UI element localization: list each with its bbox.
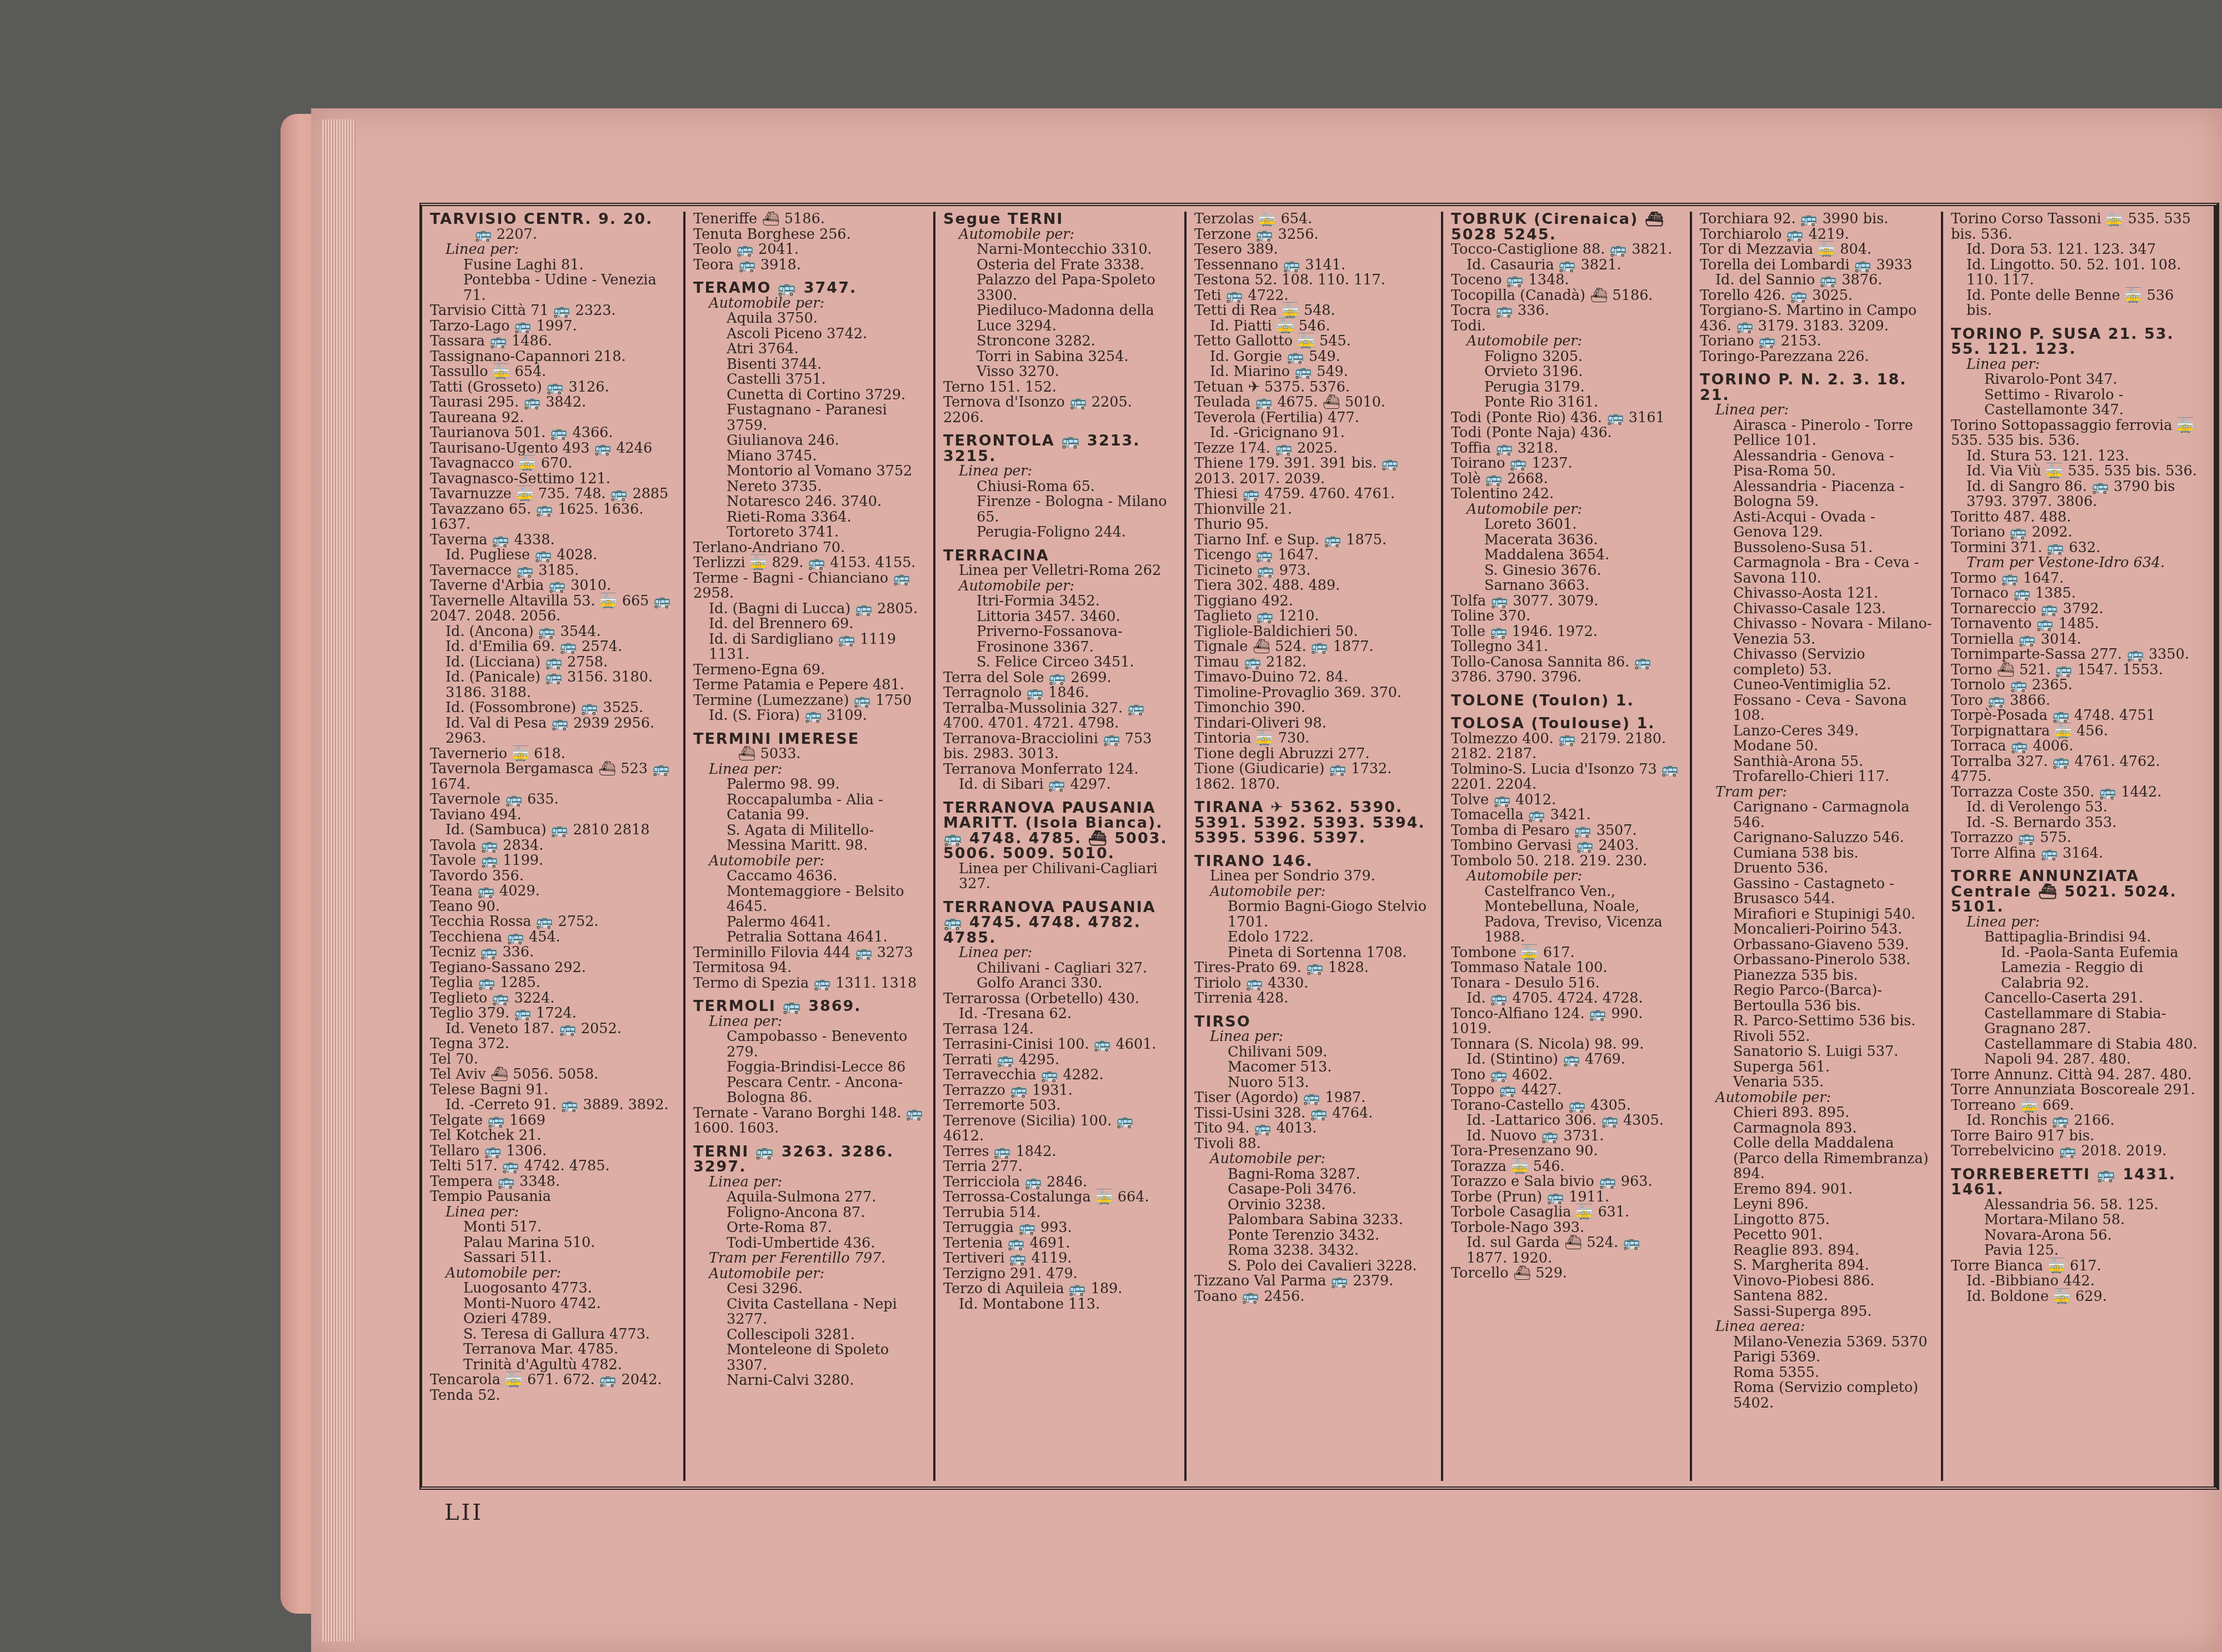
index-entry: Todi (Ponte Rio) 436. 🚌 3161	[1451, 411, 1682, 426]
index-entry: Bisenti 3744.	[693, 357, 925, 373]
index-entry: Tomba di Pesaro 🚌 3507.	[1451, 823, 1682, 839]
index-entry: Petralia Sottana 4641.	[693, 930, 925, 945]
index-entry: Tel 70.	[430, 1052, 675, 1068]
station-heading: TERNI 🚌 3263. 3286. 3297.	[693, 1144, 925, 1175]
index-entry: Tombino Gervasi 🚌 2403.	[1451, 838, 1682, 854]
index-entry: Ascoli Piceno 3742.	[693, 327, 925, 342]
index-entry: Tezze 174. 🚌 2025.	[1194, 441, 1433, 457]
index-entry: Id. Lingotto. 50. 52. 101. 108. 110. 117…	[1951, 258, 2198, 288]
index-entry: Tiriolo 🚌 4330.	[1194, 976, 1433, 992]
index-entry: Id. (Fossombrone) 🚌 3525.	[430, 700, 675, 716]
index-entry: Perugia-Foligno 244.	[943, 525, 1177, 540]
index-entry: Palazzo del Papa-Spoleto 3300.	[943, 273, 1177, 303]
index-entry: Golfo Aranci 330.	[943, 976, 1177, 992]
index-entry: Cunetta di Cortino 3729.	[693, 388, 925, 403]
index-entry: Ticengo 🚌 1647.	[1194, 548, 1433, 563]
index-entry: Id. Gorgie 🚌 549.	[1194, 349, 1433, 365]
station-heading: TERRANOVA PAUSANIA 🚌 4745. 4748. 4782. 4…	[943, 900, 1177, 946]
index-entry: Tatti (Grosseto) 🚌 3126.	[430, 380, 675, 396]
index-entry: Torno ⛴ 521. 🚌 1547. 1553.	[1951, 663, 2198, 678]
index-entry: Teolo 🚌 2041.	[693, 242, 925, 258]
index-entry: Eremo 894. 901.	[1700, 1182, 1933, 1198]
index-entry: Moncalieri-Poirino 543.	[1700, 922, 1933, 938]
index-entry: Terranova Monferrato 124.	[943, 762, 1177, 778]
index-entry: Id. di Sangro 86. 🚌 3790 bis 3793. 3797.…	[1951, 479, 2198, 510]
index-entry: Tram per:	[1700, 785, 1933, 800]
index-entry: Id. Miarino 🚌 549.	[1194, 364, 1433, 380]
index-entry: Tocopilla (Canadà) ⛴ 5186.	[1451, 288, 1682, 304]
station-heading: TERRACINA	[943, 548, 1177, 564]
index-entry: ⛴ 5033.	[693, 747, 925, 762]
index-entry: Castellammare di Stabia 480.	[1951, 1037, 2198, 1053]
index-entry: Rieti-Roma 3364.	[693, 510, 925, 525]
index-entry: Montorio al Vomano 3752	[693, 464, 925, 479]
index-entry: Montemaggiore - Belsito 4645.	[693, 884, 925, 915]
index-entry: Id. Piatti 🚋 546.	[1194, 319, 1433, 334]
index-entry: Torre Annunz. Città 94. 287. 480.	[1951, 1068, 2198, 1083]
index-entry: Linea per:	[693, 1175, 925, 1190]
index-entry: Foligno-Ancona 87.	[693, 1205, 925, 1221]
index-entry: Tessennano 🚌 3141.	[1194, 258, 1433, 273]
index-column-1: TARVISIO CENTR. 9. 20.🚌 2207.Linea per:F…	[422, 212, 683, 1481]
index-entry: Aquila-Sulmona 277.	[693, 1190, 925, 1205]
index-entry: Thiene 179. 391. 391 bis. 🚌 2013. 2017. …	[1194, 456, 1433, 487]
index-entry: Tirrenia 428.	[1194, 991, 1433, 1007]
index-entry: Teulada 🚌 4675. ⛴ 5010.	[1194, 395, 1433, 411]
index-entry: Taverne d'Arbia 🚌 3010.	[430, 578, 675, 594]
index-entry: Pineta di Sortenna 1708.	[1194, 945, 1433, 961]
index-entry: Linea per Velletri-Roma 262	[943, 563, 1177, 579]
index-entry: Automobile per:	[693, 296, 925, 312]
index-entry: Terzigno 291. 479.	[943, 1266, 1177, 1282]
index-entry: Id. del Brennero 69.	[693, 617, 925, 632]
index-entry: Orte-Roma 87.	[693, 1220, 925, 1236]
index-entry: Timau 🚌 2182.	[1194, 655, 1433, 670]
index-entry: Tassullo 🚋 654.	[430, 364, 675, 380]
index-entry: Tavernelle Altavilla 53. 🚋 665 🚌 2047. 2…	[430, 594, 675, 624]
index-entry: Tollo-Canosa Sannita 86. 🚌 3786. 3790. 3…	[1451, 655, 1682, 685]
index-entry: Castelfranco Ven., Montebelluna, Noale, …	[1451, 884, 1682, 945]
index-entry: Tavazzano 65. 🚌 1625. 1636. 1637.	[430, 502, 675, 533]
index-entry: Ticineto 🚌 973.	[1194, 563, 1433, 579]
index-entry: Taverna 🚌 4338.	[430, 533, 675, 548]
index-entry: Tertenia 🚌 4691.	[943, 1236, 1177, 1251]
index-entry: Pontebba - Udine - Venezia 71.	[430, 273, 675, 303]
index-entry: Id. -Cerreto 91. 🚌 3889. 3892.	[430, 1098, 675, 1113]
index-entry: Linea per:	[693, 762, 925, 778]
station-heading: TORINO P. SUSA 21. 53. 55. 121. 123.	[1951, 327, 2198, 357]
index-entry: Castellammare di Stabia-Gragnano 287.	[1951, 1007, 2198, 1037]
index-entry: Perugia 3179.	[1451, 380, 1682, 396]
index-entry: Id. di Sardigliano 🚌 1119 1131.	[693, 632, 925, 663]
index-entry: Automobile per:	[1451, 502, 1682, 518]
index-entry: Linea per Chilivani-Cagliari 327.	[943, 862, 1177, 892]
index-entry: Ternova d'Isonzo 🚌 2205. 2206.	[943, 395, 1177, 425]
index-entry: Napoli 94. 287. 480.	[1951, 1052, 2198, 1068]
index-entry: Monteleone di Spoleto 3307.	[693, 1343, 925, 1373]
index-entry: Toline 370.	[1451, 609, 1682, 624]
index-entry: Tornavento 🚌 1485.	[1951, 617, 2198, 632]
index-entry: Terragnolo 🚌 1846.	[943, 685, 1177, 701]
index-entry: Caccamo 4636.	[693, 869, 925, 884]
index-entry: S. Ginesio 3676.	[1451, 563, 1682, 579]
index-entry: Macerata 3636.	[1451, 533, 1682, 548]
index-entry: Tommaso Natale 100.	[1451, 960, 1682, 976]
index-entry: Tolè 🚌 2668.	[1451, 472, 1682, 487]
index-entry: Termitosa 94.	[693, 960, 925, 976]
index-entry: Tertiveri 🚌 4119.	[943, 1251, 1177, 1266]
index-entry: Superga 561.	[1700, 1060, 1933, 1075]
index-entry: Chivasso - Novara - Milano-Venezia 53.	[1700, 617, 1933, 647]
index-entry: Id. Nuovo 🚌 3731.	[1451, 1129, 1682, 1144]
page-stack-edge	[322, 119, 356, 1641]
index-entry: Monti-Nuoro 4742.	[430, 1296, 675, 1312]
index-entry: Torrebelvicino 🚌 2018. 2019.	[1951, 1144, 2198, 1159]
index-entry: Teglia 🚌 1285.	[430, 975, 675, 991]
index-entry: Telti 517. 🚌 4742. 4785.	[430, 1159, 675, 1174]
index-entry: Id. Dora 53. 121. 123. 347	[1951, 242, 2198, 258]
index-entry: Sassi-Superga 895.	[1700, 1304, 1933, 1320]
index-entry: Tocra 🚌 336.	[1451, 303, 1682, 319]
index-entry: Automobile per:	[1194, 884, 1433, 900]
index-entry: Tavordo 356.	[430, 869, 675, 884]
index-entry: Linea aerea:	[1700, 1319, 1933, 1335]
index-entry: Edolo 1722.	[1194, 930, 1433, 945]
index-entry: Testona 52. 108. 110. 117.	[1194, 273, 1433, 288]
index-entry: Linea per:	[943, 464, 1177, 479]
index-entry: Id. sul Garda ⛴ 524. 🚌 1877. 1920.	[1451, 1235, 1682, 1266]
index-entry: Linea per:	[1951, 915, 2198, 930]
index-entry: Tecchia Rossa 🚌 2752.	[430, 914, 675, 930]
index-entry: Foggia-Brindisi-Lecce 86	[693, 1060, 925, 1075]
index-entry: Tornaco 🚌 1385.	[1951, 586, 2198, 602]
index-entry: Ponte Rio 3161.	[1451, 395, 1682, 411]
index-entry: Torello 426. 🚌 3025.	[1700, 288, 1933, 304]
index-entry: Rivoli 552.	[1700, 1029, 1933, 1045]
index-entry: Palermo 98. 99.	[693, 777, 925, 793]
index-entry: Tavagnasco-Settimo 121.	[430, 472, 675, 487]
index-entry: Tivoli 88.	[1194, 1137, 1433, 1152]
index-entry: Timonchio 390.	[1194, 700, 1433, 716]
index-entry: Torino Sottopassaggio ferrovia 🚋 535. 53…	[1951, 418, 2198, 449]
index-entry: Tornimparte-Sassa 277. 🚌 3350.	[1951, 647, 2198, 663]
index-entry: Terzolas 🚋 654.	[1194, 212, 1433, 227]
station-heading: TORINO P. N. 2. 3. 18. 21.	[1700, 372, 1933, 403]
index-entry: Vinovo-Piobesi 886.	[1700, 1274, 1933, 1289]
index-entry: Tissi-Usini 328. 🚌 4764.	[1194, 1106, 1433, 1122]
index-column-7: Torino Corso Tassoni 🚋 535. 535 bis. 536…	[1941, 212, 2205, 1481]
index-entry: Tavole 🚌 1199.	[430, 853, 675, 869]
index-entry: Miano 3745.	[693, 449, 925, 464]
index-entry: Cumiana 538 bis.	[1700, 846, 1933, 862]
index-entry: Torre Bianca 🚋 617.	[1951, 1259, 2198, 1274]
index-entry: Modane 50.	[1700, 739, 1933, 754]
index-entry: Macomer 513.	[1194, 1060, 1433, 1075]
index-entry: Automobile per:	[943, 579, 1177, 594]
index-entry: Id. (Sambuca) 🚌 2810 2818	[430, 823, 675, 838]
index-entry: Teana 🚌 4029.	[430, 884, 675, 899]
index-entry: Tetto Gallotto 🚋 545.	[1194, 334, 1433, 349]
index-entry: Narni-Calvi 3280.	[693, 1373, 925, 1389]
index-entry: Torano-Castello 🚌 4305.	[1451, 1098, 1682, 1114]
index-entry: Carignano-Saluzzo 546.	[1700, 830, 1933, 846]
index-entry: Tolentino 242.	[1451, 487, 1682, 502]
station-heading: TORRE ANNUNZIATA Centrale ⛴ 5021. 5024. …	[1951, 869, 2198, 915]
index-entry: Nereto 3735.	[693, 479, 925, 495]
index-entry: Tavagnacco 🚋 670.	[430, 456, 675, 472]
index-entry: Tassara 🚌 1486.	[430, 334, 675, 349]
index-entry: Tione (Giudicarie) 🚌 1732. 1862. 1870.	[1194, 762, 1433, 792]
index-entry: Asti-Acqui - Ovada - Genova 129.	[1700, 510, 1933, 540]
index-entry: Toppo 🚌 4427.	[1451, 1083, 1682, 1098]
index-entry: Tombolo 50. 218. 219. 230.	[1451, 854, 1682, 869]
index-table-frame: TARVISIO CENTR. 9. 20.🚌 2207.Linea per:F…	[419, 203, 2219, 1490]
index-entry: Id. Boldone 🚋 629.	[1951, 1289, 2198, 1305]
index-entry: Cancello-Caserta 291.	[1951, 991, 2198, 1007]
index-entry: Torgiano-S. Martino in Campo 436. 🚌 3179…	[1700, 303, 1933, 334]
index-entry: Automobile per:	[430, 1266, 675, 1281]
index-entry: Tetuan ✈ 5375. 5376.	[1194, 380, 1433, 396]
index-entry: Civita Castellana - Nepi 3277.	[693, 1297, 925, 1328]
index-entry: Id. Ronchis 🚌 2166.	[1951, 1113, 2198, 1129]
station-heading: TERMINI IMERESE	[693, 732, 925, 747]
index-entry: Tavarnuzze 🚋 735. 748. 🚌 2885	[430, 487, 675, 502]
index-column-2: Teneriffe ⛴ 5186.Tenuta Borghese 256.Teo…	[683, 212, 933, 1481]
index-entry: S. Margherita 894.	[1700, 1258, 1933, 1274]
index-entry: Priverno-Fossanova-Frosinone 3367.	[943, 624, 1177, 655]
index-entry: Druento 536.	[1700, 861, 1933, 877]
index-entry: Chilivani - Cagliari 327.	[943, 961, 1177, 977]
index-entry: Toffia 🚌 3218.	[1451, 441, 1682, 457]
index-entry: Tetti di Rea 🚋 548.	[1194, 303, 1433, 319]
index-entry: Notaresco 246. 3740.	[693, 494, 925, 510]
index-entry: Novara-Arona 56.	[1951, 1228, 2198, 1244]
index-entry: Terricciola 🚌 2846.	[943, 1175, 1177, 1190]
index-entry: Id. di Sibari 🚌 4297.	[943, 777, 1177, 793]
index-entry: Tolle 🚌 1946. 1972.	[1451, 624, 1682, 640]
index-entry: Chivasso-Aosta 121.	[1700, 586, 1933, 602]
index-entry: Trinità d'Agultù 4782.	[430, 1358, 675, 1373]
index-entry: Castelli 3751.	[693, 372, 925, 388]
index-entry: Linea per:	[943, 945, 1177, 961]
index-entry: Roma (Servizio completo) 5402.	[1700, 1380, 1933, 1411]
index-entry: Teora 🚌 3918.	[693, 258, 925, 273]
station-heading: TORREBERETTI 🚌 1431. 1461.	[1951, 1167, 2198, 1198]
index-entry: Todi-Umbertide 436.	[693, 1236, 925, 1251]
index-entry: Terrenove (Sicilia) 100. 🚌 4612.	[943, 1114, 1177, 1144]
index-entry: Terzo di Aquileia 🚌 189.	[943, 1281, 1177, 1297]
index-column-6: Torchiara 92. 🚌 3990 bis.Torchiarolo 🚌 4…	[1690, 212, 1941, 1481]
index-entry: Palermo 4641.	[693, 915, 925, 930]
index-entry: Taurianova 501. 🚌 4366.	[430, 425, 675, 441]
index-entry: Maddalena 3654.	[1451, 548, 1682, 563]
index-entry: Terremorte 503.	[943, 1098, 1177, 1114]
station-heading: TOBRUK (Cirenaica) ⛴ 5028 5245.	[1451, 212, 1682, 242]
index-entry: S. Teresa di Gallura 4773.	[430, 1327, 675, 1343]
index-entry: Toceno 🚌 1348.	[1451, 273, 1682, 288]
index-entry: Tindari-Oliveri 98.	[1194, 716, 1433, 732]
index-entry: Lingotto 875.	[1700, 1213, 1933, 1228]
index-entry: Tito 94. 🚌 4013.	[1194, 1121, 1433, 1137]
index-entry: Torre Annunziata Boscoreale 291.	[1951, 1083, 2198, 1098]
index-entry: Automobile per:	[693, 1266, 925, 1282]
index-entry: Linea per:	[430, 1205, 675, 1220]
index-entry: Luogosanto 4773.	[430, 1281, 675, 1296]
index-entry: Tassignano-Capannori 218.	[430, 349, 675, 365]
index-entry: Tegiano-Sassano 292.	[430, 960, 675, 976]
station-heading: TARVISIO CENTR. 9. 20.	[430, 212, 675, 227]
index-entry: Linea per:	[1194, 1029, 1433, 1045]
index-entry: Leyni 896.	[1700, 1197, 1933, 1213]
index-entry: Parigi 5369.	[1700, 1350, 1933, 1365]
index-entry: Tel Kotchek 21.	[430, 1128, 675, 1144]
index-column-5: TOBRUK (Cirenaica) ⛴ 5028 5245.Tocco-Cas…	[1441, 212, 1690, 1481]
index-entry: Atri 3764.	[693, 342, 925, 357]
index-entry: Campobasso - Benevento 279.	[693, 1029, 925, 1060]
index-entry: Terralba-Mussolinia 327. 🚌 4700. 4701. 4…	[943, 701, 1177, 732]
index-entry: Stroncone 3282.	[943, 334, 1177, 349]
index-entry: Teglieto 🚌 3224.	[430, 991, 675, 1007]
index-entry: Torchiara 92. 🚌 3990 bis.	[1700, 212, 1933, 227]
index-entry: Visso 3270.	[943, 364, 1177, 380]
page-number: LII	[444, 1500, 483, 1525]
index-entry: Id. Ponte delle Benne 🚋 536 bis.	[1951, 288, 2198, 319]
index-entry: Torraca 🚌 4006.	[1951, 739, 2198, 754]
index-entry: Roma 3238. 3432.	[1194, 1243, 1433, 1259]
index-entry: Termo di Spezia 🚌 1311. 1318	[693, 976, 925, 992]
index-entry: Torbe (Prun) 🚌 1911.	[1451, 1190, 1682, 1205]
index-entry: Automobile per:	[943, 227, 1177, 243]
index-entry: Id. (Licciana) 🚌 2758.	[430, 655, 675, 670]
index-entry: Linea per:	[430, 242, 675, 258]
index-entry: Torazza 🚋 546.	[1451, 1159, 1682, 1175]
index-entry: Tonco-Alfiano 124. 🚌 990. 1019.	[1451, 1007, 1682, 1037]
index-entry: Orvinio 3238.	[1194, 1198, 1433, 1213]
index-entry: Tocco-Castiglione 88. 🚌 3821.	[1451, 242, 1682, 258]
index-entry: Id. Pugliese 🚌 4028.	[430, 548, 675, 563]
index-entry: Id. Val di Pesa 🚌 2939 2956. 2963.	[430, 716, 675, 747]
index-entry: Torchiarolo 🚌 4219.	[1700, 227, 1933, 243]
index-entry: Palombara Sabina 3233.	[1194, 1213, 1433, 1228]
index-entry: Cuneo-Ventimiglia 52.	[1700, 678, 1933, 693]
index-entry: Tora-Presenzano 90.	[1451, 1144, 1682, 1159]
index-entry: Termine (Lumezzane) 🚌 1750	[693, 693, 925, 709]
index-entry: Foligno 3205.	[1451, 349, 1682, 365]
index-entry: Nuoro 513.	[1194, 1075, 1433, 1091]
index-entry: Tormini 371. 🚌 632.	[1951, 540, 2198, 556]
index-entry: Terravecchia 🚌 4282.	[943, 1068, 1177, 1083]
index-entry: S. Felice Circeo 3451.	[943, 655, 1177, 670]
index-entry: Pianezza 535 bis.	[1700, 968, 1933, 984]
index-entry: Tormo 🚌 1647.	[1951, 571, 2198, 587]
index-entry: Casape-Poli 3476.	[1194, 1182, 1433, 1198]
index-entry: Torralba 327. 🚌 4761. 4762. 4775.	[1951, 754, 2198, 785]
index-entry: Taurisano-Ugento 493 🚌 4246	[430, 441, 675, 457]
index-entry: Linea per:	[693, 1014, 925, 1030]
index-entry: Torino Corso Tassoni 🚋 535. 535 bis. 536…	[1951, 212, 2198, 242]
index-entry: Terrati 🚌 4295.	[943, 1053, 1177, 1068]
index-entry: Pescara Centr. - Ancona-Bologna 86.	[693, 1075, 925, 1106]
index-entry: Bussoleno-Susa 51.	[1700, 540, 1933, 556]
index-entry: Tono 🚌 4602.	[1451, 1068, 1682, 1083]
index-entry: Timoline-Provaglio 369. 370.	[1194, 685, 1433, 701]
index-entry: Tires-Prato 69. 🚌 1828.	[1194, 960, 1433, 976]
index-entry: Automobile per:	[1451, 869, 1682, 884]
index-entry: Regio Parco-(Barca)-Bertoulla 536 bis.	[1700, 983, 1933, 1014]
index-entry: Tarzo-Lago 🚌 1997.	[430, 319, 675, 334]
index-entry: Chieri 893. 895.	[1700, 1105, 1933, 1121]
index-entry: Automobile per:	[1700, 1090, 1933, 1106]
index-entry: Terrazzo 🚌 1931.	[943, 1083, 1177, 1099]
index-entry: Torniella 🚌 3014.	[1951, 632, 2198, 648]
index-entry: Trofarello-Chieri 117.	[1700, 769, 1933, 785]
index-entry: Tavernacce 🚌 3185.	[430, 563, 675, 579]
index-entry: Terruggia 🚌 993.	[943, 1220, 1177, 1236]
index-entry: Tiarno Inf. e Sup. 🚌 1875.	[1194, 533, 1433, 548]
station-heading: Segue TERNI	[943, 212, 1177, 227]
station-heading: TIRANO 146.	[1194, 854, 1433, 869]
index-entry: Tarvisio Città 71 🚌 2323.	[430, 303, 675, 319]
index-entry: Tenuta Borghese 256.	[693, 227, 925, 243]
index-entry: Settimo - Rivarolo - Castellamonte 347.	[1951, 388, 2198, 418]
index-entry: Terme Patamia e Pepere 481.	[693, 678, 925, 693]
index-entry: Torrazza Coste 350. 🚌 1442.	[1951, 785, 2198, 800]
index-entry: Fustagnano - Paranesi 3759.	[693, 403, 925, 433]
index-entry: Fusine Laghi 81.	[430, 258, 675, 273]
index-entry: Id. -Lattarico 306. 🚌 4305.	[1451, 1113, 1682, 1129]
index-entry: Teverola (Fertilia) 477.	[1194, 411, 1433, 426]
index-entry: Loreto 3601.	[1451, 517, 1682, 533]
index-entry: Santhià-Arona 55.	[1700, 754, 1933, 770]
index-entry: Pecetto 901.	[1700, 1228, 1933, 1243]
index-entry: Colle della Maddalena (Parco della Rimem…	[1700, 1136, 1933, 1182]
index-entry: Terres 🚌 1842.	[943, 1144, 1177, 1160]
station-heading: TERMOLI 🚌 3869.	[693, 999, 925, 1014]
index-entry: Tiggiano 492.	[1194, 594, 1433, 609]
index-entry: Linea per Sondrio 379.	[1194, 869, 1433, 884]
index-entry: R. Parco-Settimo 536 bis.	[1700, 1014, 1933, 1029]
index-entry: Id. (S. Fiora) 🚌 3109.	[693, 708, 925, 724]
index-entry: Mortara-Milano 58.	[1951, 1213, 2198, 1228]
index-entry: Tigliole-Baldichieri 50.	[1194, 624, 1433, 640]
index-entry: Osteria del Frate 3338.	[943, 258, 1177, 273]
index-entry: Tombone 🚋 617.	[1451, 945, 1682, 961]
index-entry: Thionville 21.	[1194, 502, 1433, 518]
index-entry: Firenze - Bologna - Milano 65.	[943, 494, 1177, 525]
station-heading: TIRANA ✈ 5362. 5390. 5391. 5392. 5393. 5…	[1194, 800, 1433, 846]
index-entry: Torcello ⛴ 529.	[1451, 1266, 1682, 1281]
index-entry: Torri in Sabina 3254.	[943, 349, 1177, 365]
index-entry: Terminillo Filovia 444 🚌 3273	[693, 945, 925, 961]
index-entry: Id. Via Viù 🚋 535. 535 bis. 536.	[1951, 464, 2198, 479]
index-entry: Ozieri 4789.	[430, 1311, 675, 1327]
index-entry: Cesi 3296.	[693, 1281, 925, 1297]
index-entry: Tel Aviv ⛴ 5056. 5058.	[430, 1067, 675, 1083]
index-entry: Id. Casauria 🚌 3821.	[1451, 258, 1682, 273]
index-entry: 🚌 2207.	[430, 227, 675, 243]
index-entry: Littoria 3457. 3460.	[943, 609, 1177, 625]
index-entry: Tecchiena 🚌 454.	[430, 930, 675, 945]
index-entry: Ternate - Varano Borghi 148. 🚌 1600. 160…	[693, 1106, 925, 1137]
index-entry: Terrossa-Costalunga 🚋 664.	[943, 1190, 1177, 1205]
index-entry: Id. 🚌 4705. 4724. 4728.	[1451, 991, 1682, 1007]
index-entry: Fossano - Ceva - Savona 108.	[1700, 693, 1933, 724]
index-entry: Carignano - Carmagnola 546.	[1700, 800, 1933, 830]
index-entry: Taglieto 🚌 1210.	[1194, 609, 1433, 624]
index-entry: Torpè-Posada 🚌 4748. 4751	[1951, 708, 2198, 724]
index-entry: Tavernerio 🚋 618.	[430, 747, 675, 762]
index-entry: Ponte Terenzio 3432.	[1194, 1228, 1433, 1244]
